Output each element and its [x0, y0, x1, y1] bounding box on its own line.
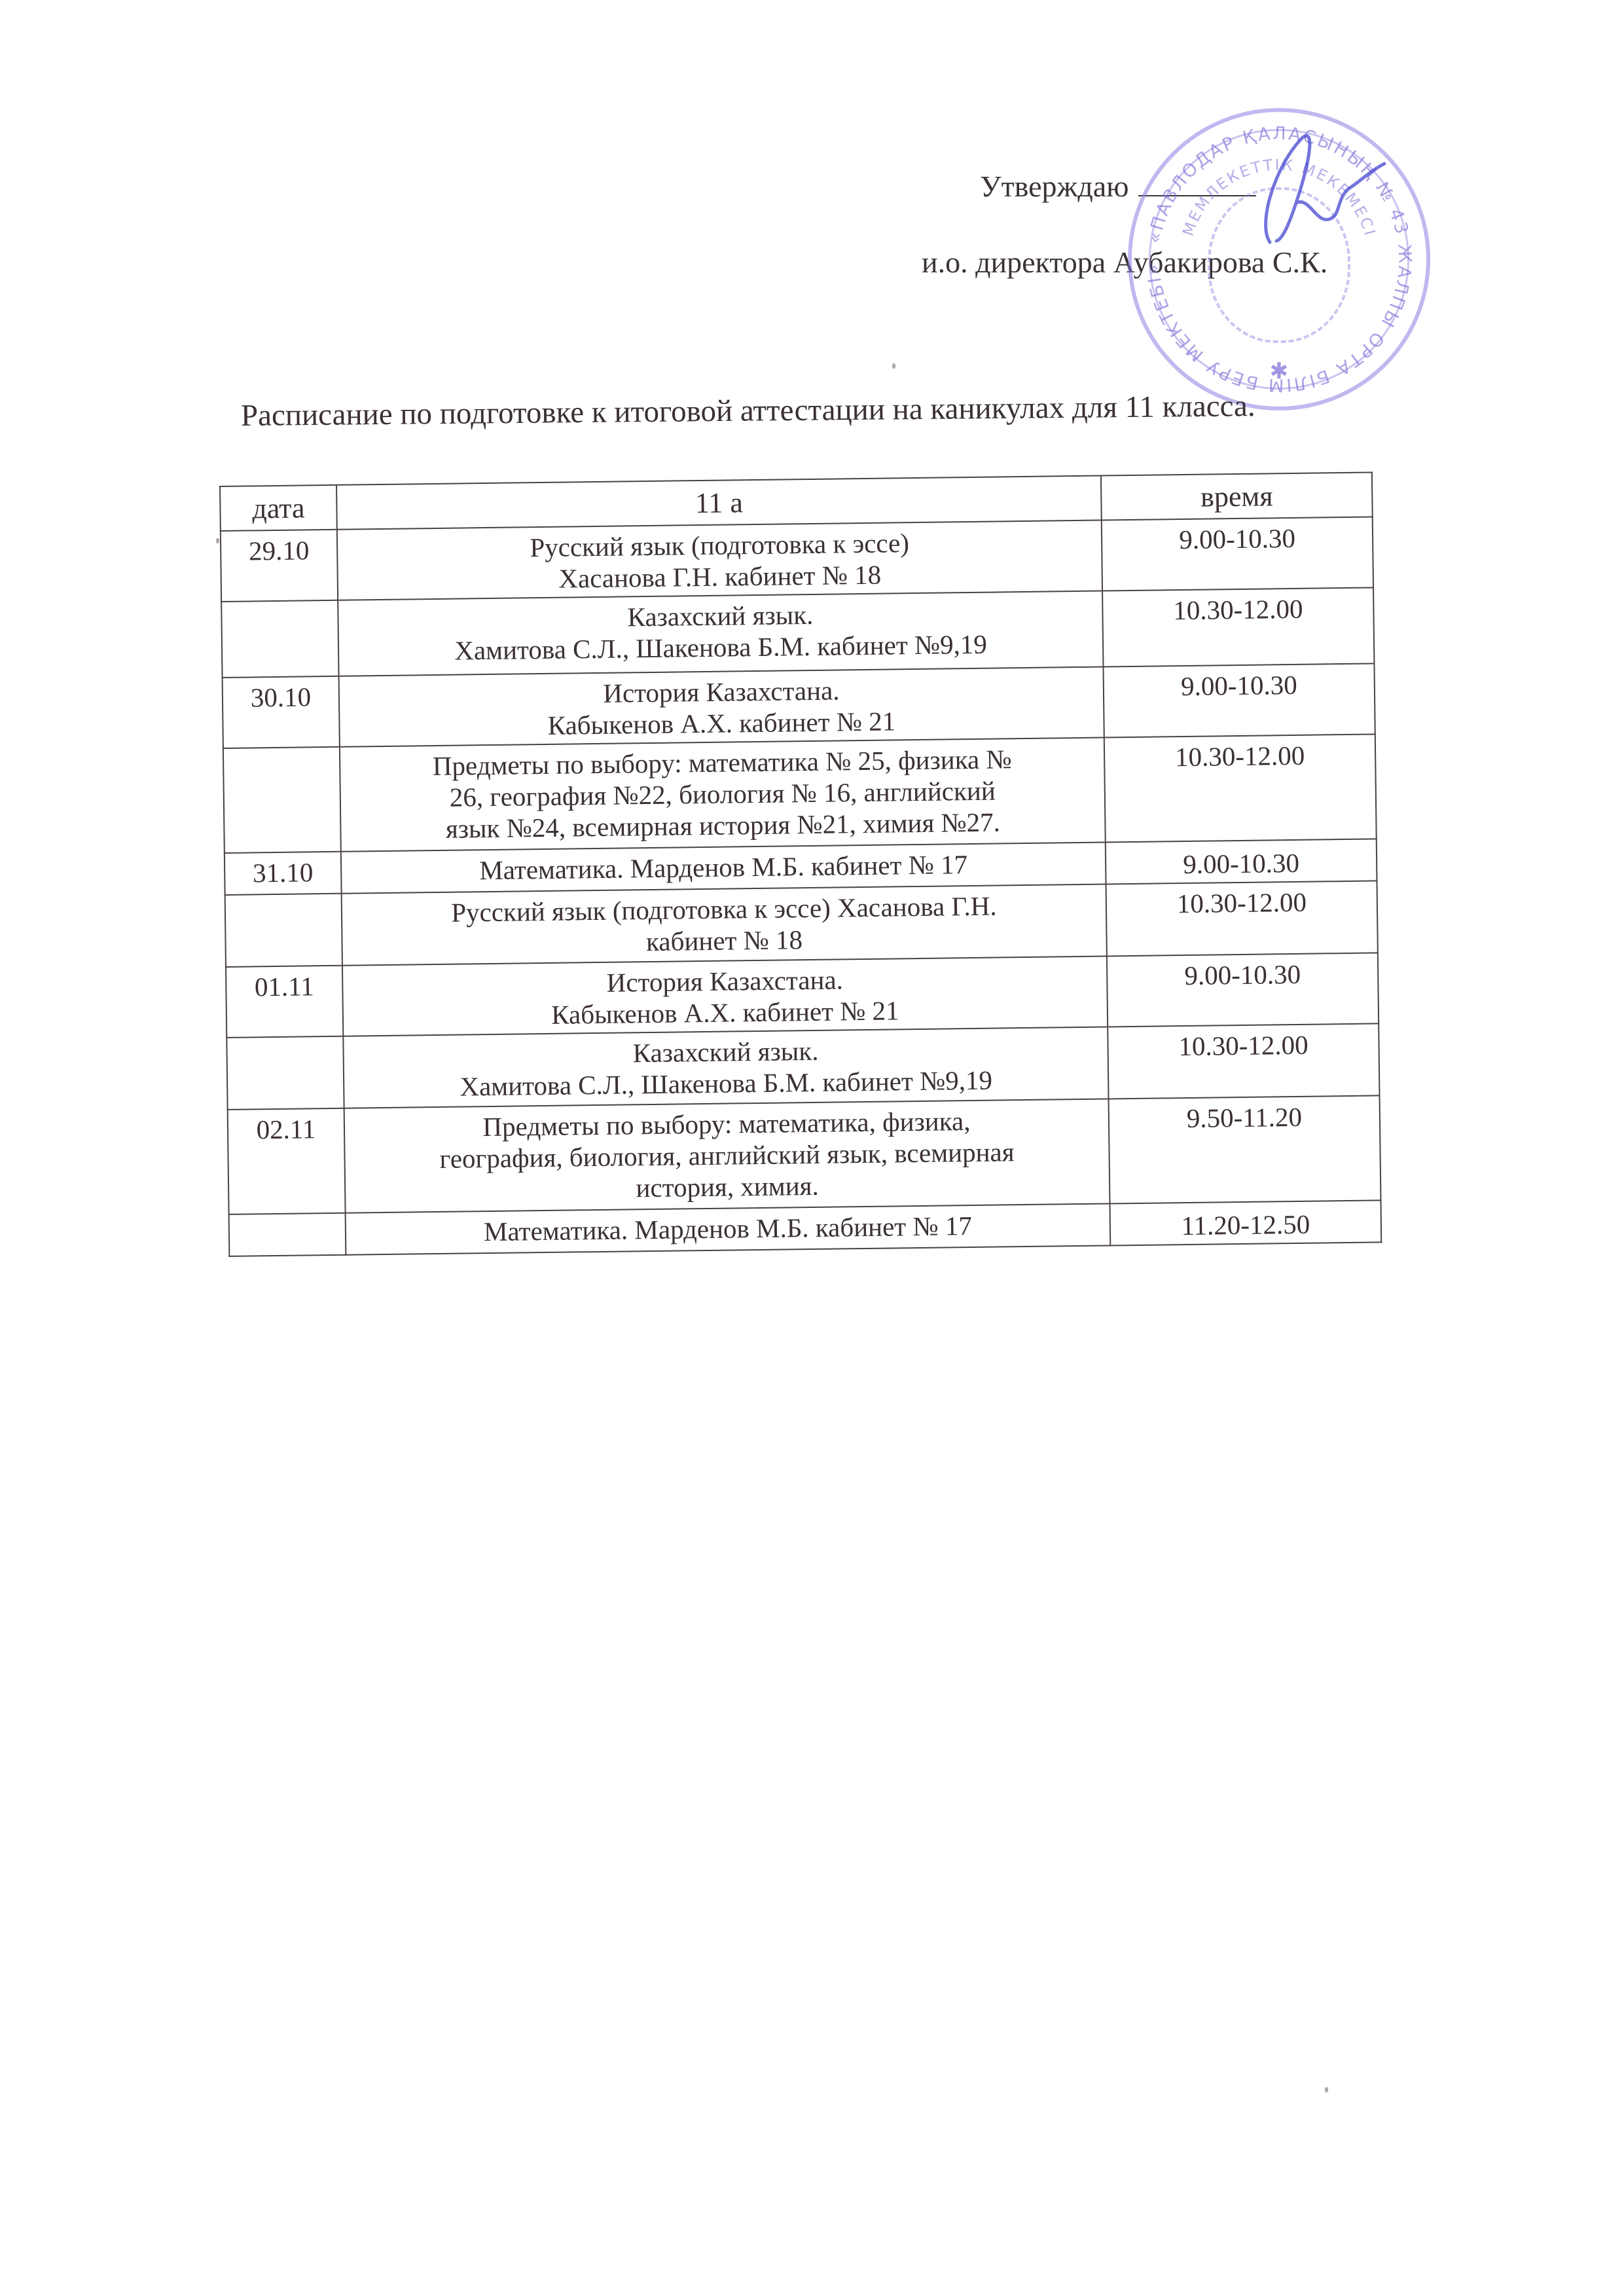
row-time: 9.00-10.30	[1107, 953, 1379, 1027]
row-date	[223, 747, 341, 853]
row-date: 29.10	[221, 530, 338, 602]
table-row: 01.11История Казахстана.Кабыкенов А.Х. к…	[226, 953, 1379, 1037]
schedule-body: 29.10Русский язык (подготовка к эссе)Хас…	[221, 517, 1381, 1256]
row-date: 02.11	[228, 1108, 346, 1214]
table-row: Предметы по выбору: математика № 25, физ…	[223, 734, 1377, 852]
table-row: 30.10История Казахстана.Кабыкенов А.Х. к…	[223, 663, 1375, 748]
row-time: 11.20-12.50	[1110, 1200, 1381, 1245]
row-subject: Русский язык (подготовка к эссе)Хасанова…	[337, 520, 1102, 600]
row-date: 31.10	[225, 852, 342, 895]
row-subject: Казахский язык.Хамитова С.Л., Шакенова Б…	[338, 591, 1103, 676]
row-time: 10.30-12.00	[1108, 1023, 1379, 1099]
row-time: 10.30-12.00	[1106, 881, 1378, 956]
table-row: 29.10Русский язык (подготовка к эссе)Хас…	[221, 517, 1373, 601]
table-row: Русский язык (подготовка к эссе) Хасанов…	[225, 881, 1378, 966]
row-time: 9.00-10.30	[1102, 517, 1373, 591]
stamp-star-icon: ✱	[1270, 358, 1289, 384]
row-date	[229, 1213, 346, 1256]
scan-speck	[1325, 2087, 1328, 2092]
row-date: 30.10	[223, 676, 340, 748]
row-time: 9.50-11.20	[1109, 1095, 1381, 1203]
approver-name: и.о. директора Аубакирова С.К.	[922, 247, 1327, 278]
header-date: дата	[220, 485, 337, 531]
document-title: Расписание по подготовке к итоговой атте…	[241, 391, 1255, 431]
table-row: Казахский язык.Хамитова С.Л., Шакенова Б…	[226, 1023, 1379, 1109]
approval-label: Утверждаю	[980, 172, 1256, 202]
signature-line	[1138, 195, 1256, 196]
scan-speck	[892, 363, 895, 369]
subject-line: Математика. Марденов М.Б. кабинет № 17	[351, 847, 1096, 888]
row-date	[225, 894, 342, 967]
row-subject: Предметы по выбору: математика, физика,г…	[344, 1099, 1110, 1212]
schedule-table: дата 11 а время 29.10Русский язык (подго…	[219, 471, 1382, 1256]
row-subject: Казахский язык.Хамитова С.Л., Шакенова Б…	[343, 1027, 1108, 1108]
row-date	[226, 1036, 344, 1110]
approval-label-text: Утверждаю	[980, 170, 1129, 203]
row-subject: Предметы по выбору: математика № 25, физ…	[340, 738, 1106, 852]
scan-speck	[216, 538, 219, 543]
header-time: время	[1101, 472, 1373, 520]
row-subject: История Казахстана.Кабыкенов А.Х. кабине…	[339, 667, 1104, 747]
row-time: 10.30-12.00	[1104, 734, 1377, 842]
row-date	[221, 600, 338, 678]
row-subject: История Казахстана.Кабыкенов А.Х. кабине…	[342, 956, 1108, 1036]
table-row: 02.11Предметы по выбору: математика, физ…	[228, 1095, 1381, 1214]
table-row: Казахский язык.Хамитова С.Л., Шакенова Б…	[221, 587, 1374, 677]
row-subject: Русский язык (подготовка к эссе) Хасанов…	[342, 884, 1107, 965]
subject-line: Математика. Марденов М.Б. кабинет № 17	[355, 1209, 1101, 1249]
row-time: 9.00-10.30	[1103, 663, 1375, 737]
row-date: 01.11	[226, 966, 343, 1038]
row-subject: Математика. Марденов М.Б. кабинет № 17	[346, 1203, 1111, 1254]
row-time: 10.30-12.00	[1102, 587, 1374, 666]
schedule-table-container: дата 11 а время 29.10Русский язык (подго…	[219, 471, 1380, 1256]
row-time: 9.00-10.30	[1106, 839, 1377, 884]
